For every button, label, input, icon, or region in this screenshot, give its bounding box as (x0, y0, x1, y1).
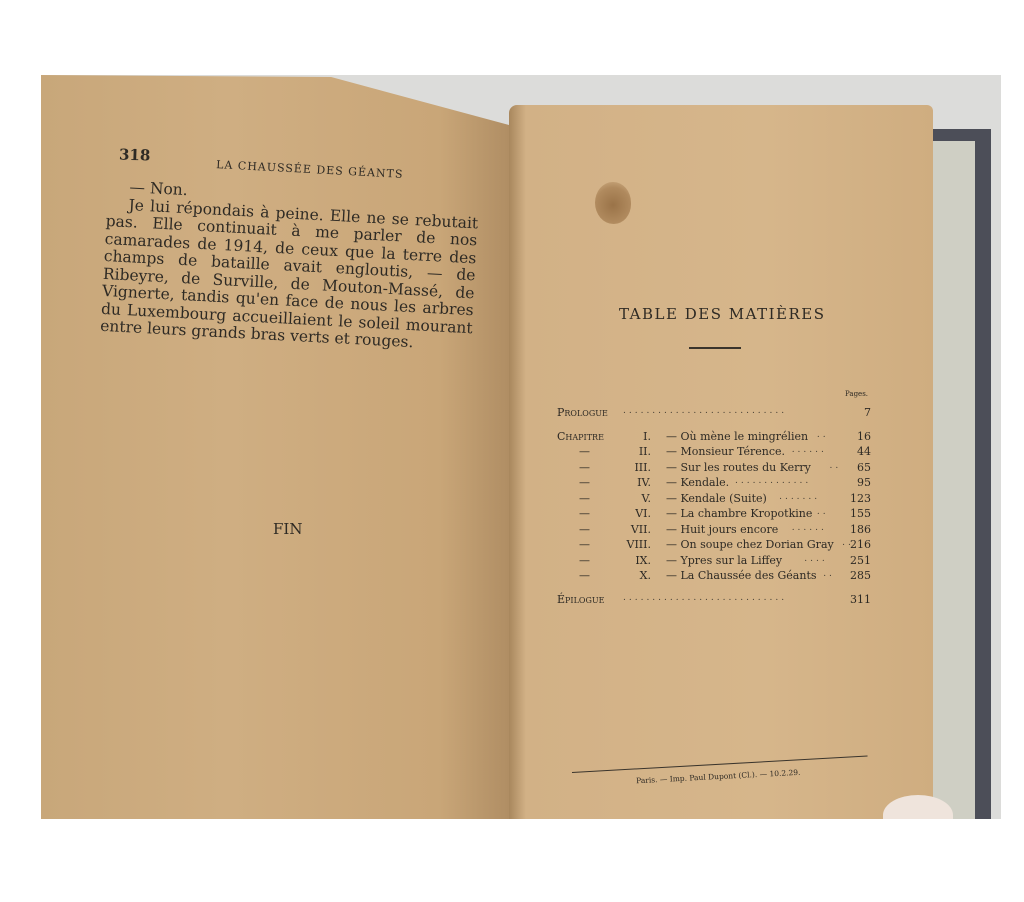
toc-entry: —II.— Monsieur Térence.......44 (557, 445, 871, 461)
dot-leader: .. (830, 461, 842, 471)
dot-leader: ....... (779, 492, 820, 502)
chapter-title: — Monsieur Térence. (666, 445, 785, 458)
entry-lead: — (579, 507, 590, 520)
entry-lead: — (579, 554, 590, 567)
chapter-title: — Kendale (Suite) (666, 492, 767, 505)
paragraph: Je lui répondais à peine. Elle ne se reb… (100, 195, 479, 354)
chapter-title: — La chambre Kropotkine (666, 507, 812, 520)
chapter-number: VI. (617, 507, 651, 520)
chapter-title: — Sur les routes du Kerry (666, 461, 811, 474)
chapter-number: VII. (617, 523, 651, 536)
dot-leader: .... (804, 554, 827, 564)
title-rule (689, 347, 741, 349)
page-ref: 251 (841, 554, 871, 567)
entry-lead: — (579, 569, 590, 582)
toc-entry: —III.— Sur les routes du Kerry..65 (557, 461, 871, 477)
entry-lead: — (579, 445, 590, 458)
toc-entry: —IV.— Kendale..............95 (557, 476, 871, 492)
dot-leader: ............. (735, 476, 811, 486)
toc-entry: Épilogue............................311 (557, 593, 871, 609)
page-ref: 155 (841, 507, 871, 520)
dot-leader: .. (823, 569, 835, 579)
toc-entry: —V.— Kendale (Suite).......123 (557, 492, 871, 508)
page-ref: 216 (841, 538, 871, 551)
page-ref: 95 (841, 476, 871, 489)
chapter-number: III. (617, 461, 651, 474)
end-mark: FIN (273, 520, 302, 538)
page-number: 318 (119, 145, 151, 164)
endpaper (931, 141, 975, 819)
entry-lead: — (579, 492, 590, 505)
page-ref: 16 (841, 430, 871, 443)
page-stain (595, 182, 631, 224)
table-of-contents: Prologue............................7Cha… (557, 406, 871, 608)
page-ref: 7 (841, 406, 871, 419)
chapter-title: — Huit jours encore (666, 523, 778, 536)
entry-lead: — (579, 538, 590, 551)
toc-entry: —VI.— La chambre Kropotkine..155 (557, 507, 871, 523)
dot-leader: ............................ (623, 593, 787, 603)
chapter-number: I. (617, 430, 651, 443)
chapter-title: — La Chaussée des Géants (666, 569, 817, 582)
dot-leader: .. (817, 430, 829, 440)
toc-entry: Prologue............................7 (557, 406, 871, 422)
toc-entry: —IX.— Ypres sur la Liffey....251 (557, 554, 871, 570)
dot-leader: ...... (792, 523, 827, 533)
toc-entry: —X.— La Chaussée des Géants..285 (557, 569, 871, 585)
closing-prose: — Non. Je lui répondais à peine. Elle ne… (100, 178, 480, 355)
entry-lead: — (579, 461, 590, 474)
toc-entry: —VIII.— On soupe chez Dorian Gray..216 (557, 538, 871, 554)
toc-entry: ChapitreI.— Où mène le mingrélien..16 (557, 430, 871, 446)
entry-lead: Chapitre (557, 430, 604, 443)
chapter-title: — Où mène le mingrélien (666, 430, 808, 443)
chapter-number: X. (617, 569, 651, 582)
page-ref: 65 (841, 461, 871, 474)
entry-lead: — (579, 523, 590, 536)
dot-leader: ............................ (623, 406, 787, 416)
entry-lead: — (579, 476, 590, 489)
page-ref: 285 (841, 569, 871, 582)
toc-entry: —VII.— Huit jours encore......186 (557, 523, 871, 539)
page-ref: 186 (841, 523, 871, 536)
dot-leader: .. (817, 507, 829, 517)
chapter-number: IV. (617, 476, 651, 489)
pages-label: Pages. (845, 390, 868, 398)
chapter-title: — Kendale. (666, 476, 729, 489)
page-ref: 123 (841, 492, 871, 505)
chapter-number: V. (617, 492, 651, 505)
chapter-title: — On soupe chez Dorian Gray (666, 538, 834, 551)
page-ref: 44 (841, 445, 871, 458)
entry-lead: Prologue (557, 406, 608, 419)
chapter-title: — Ypres sur la Liffey (666, 554, 782, 567)
chapter-number: VIII. (617, 538, 651, 551)
toc-title: TABLE DES MATIÈRES (619, 305, 826, 323)
entry-lead: Épilogue (557, 593, 604, 606)
chapter-number: II. (617, 445, 651, 458)
page-ref: 311 (841, 593, 871, 606)
chapter-number: IX. (617, 554, 651, 567)
dot-leader: ...... (792, 445, 827, 455)
